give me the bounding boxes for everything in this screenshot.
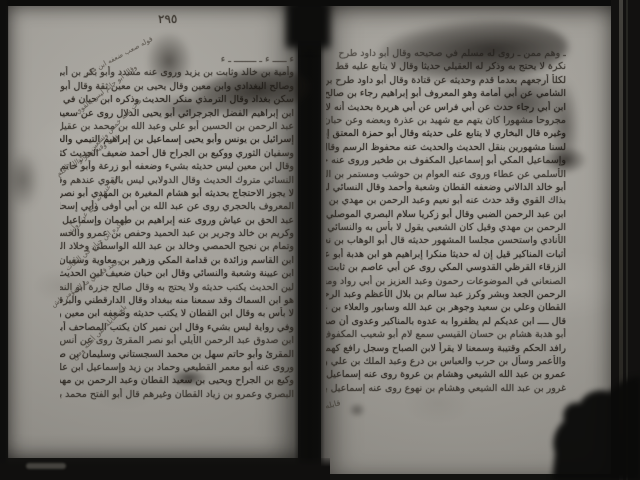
text-line: وإسماعيل المكي أبو إسماعيل المكفوف بن طخ… (326, 154, 566, 167)
text-line: ابن القاسم وزائدة بن قدامة المكي وزهير ب… (60, 254, 294, 267)
text-line: عمرو بن عبد الله الشيعي وهشام بن عروة رو… (326, 368, 566, 381)
text-line: لين الحديث يكتب حديثه ولا يحتج به وقال ص… (60, 281, 294, 294)
photo-edge-bottom (0, 458, 330, 480)
text-line: ابن أبي رجاء حدث عن أبي فراس عن أبي هرير… (326, 101, 566, 114)
right-page: ـ وهم ممن ـ روى له مسلم في صحيحه وقال أب… (321, 3, 614, 474)
photo-edge-top (0, 0, 640, 6)
page-edge-line (626, 0, 628, 480)
text-line: ابن عبد الرحمن الضبي وقال أبو زكريا سلام… (326, 208, 566, 221)
text-line: وغيره قال البخاري لا يتابع على حديثه وقا… (326, 127, 566, 140)
text-line: بذاك القوي وقد حدث عنه أبو نعيم وعبد الر… (326, 194, 566, 207)
text-line: البصري وعمرو بن زياد القطان وغيرهم قال أ… (60, 388, 294, 401)
text-line: وروى عنه أبو معمر القطيعي وحماد بن زيد و… (60, 361, 294, 374)
text-line: قال ــــ ابن عديكم لم يظفروا به عدوه بال… (326, 315, 566, 328)
text-line: القطان وعلي بن سعيد وجوهر بن عبد الله وس… (326, 301, 566, 314)
page-edge-highlight (619, 0, 623, 480)
text-line: عبد الحق بن عياش وروى عنه إبراهيم بن طهم… (60, 214, 294, 227)
gutter-top-shadow (286, 0, 330, 48)
text-line: أثبات المناكير قيل إن له حديثا منكرا إبر… (326, 248, 566, 261)
text-line: لكلأ أرجعهم بعدما قدم وحديثه عن قتادة وق… (326, 74, 566, 87)
text-line: وكيع بن الجراح ويحيى بن سعيد القطان وعبد… (60, 374, 294, 387)
text-line: والأعمر وسأل بن حرب والعباس بن درع وعبد … (326, 355, 566, 368)
text-line: الشامي عن أبي أمامة وهو المعروف أبو إبرا… (326, 87, 566, 100)
text-line: الزرقاء القرظي القدوسي المكي روى عن أبي … (326, 261, 566, 274)
text-line: الرحمن الجعد وبشر وكرز عبد سالم بن بلال … (326, 288, 566, 301)
gutter-shadow (294, 0, 325, 480)
text-line: أبو هدبة هشام بن حسان القيسي سمع لام أبو… (326, 328, 566, 341)
text-line: لا بأس به وقال ابن القطان لا يكتب حديثه … (60, 307, 294, 320)
text-line: رافد الحكم وقتيبة وسمعنا لا يقرأ لابن ال… (326, 342, 566, 355)
photo-edge-left (0, 0, 9, 480)
text-line: الأسلمي عن عطاء وروى عنه العوام بن حوشب … (326, 168, 566, 181)
text-line: المقرئ وأبو حاتم سهل بن محمد السجستاني و… (60, 348, 294, 361)
text-line: وقال ابن معين ليس حديثه بشيء وضعفه أبو ز… (60, 160, 294, 173)
text-line: الأنادي واستحسن مجلسا المشهور حديثه قال … (326, 234, 566, 247)
text-line: أبو خالد الدالاني وضعفه القطان وشعبة وأح… (326, 181, 566, 194)
text-line: النسائي متروك الحديث وقال الدولابي ليس ب… (60, 174, 294, 187)
text-line: الرحمن بن مهدي وقيل كان الشعبي يقول لا ب… (326, 221, 566, 234)
text-line: لسنا مشهورين بنقل الحديث والحديث عنه محف… (326, 141, 566, 154)
text-line: ـ وهم ممن ـ روى له مسلم في صحيحه وقال أب… (326, 47, 566, 60)
text-line: الصنعاني في الموضوعات رحمون وعبد العزيز … (326, 275, 566, 288)
right-text-column: ـ وهم ممن ـ روى له مسلم في صحيحه وقال أب… (326, 47, 566, 395)
left-text-column: ء ـــــ ء ـ ــــــــ ـ ءوأمية بن خالد وث… (60, 53, 294, 401)
text-line: وصالح البغدادي وابن معين وقال يحيى بن مع… (60, 80, 294, 93)
text-line: ابن إبراهيم الفضل الجرجرائي أبو يحيى الد… (60, 107, 294, 120)
text-line: نكرة لا يحتج به وذكر له العقيلي حديثا وق… (326, 60, 566, 73)
text-line: مجروحا مشهورا كان يتهم مع شهيد بن عذرة و… (326, 114, 566, 127)
folio-number: ٢٩٥ (158, 12, 177, 26)
bottom-light-streak (26, 463, 66, 469)
manuscript-photo: ٢٩٥ ء ـــــ ء ـ ــــــــ ـ ءوأمية بن خال… (0, 0, 640, 480)
text-line: هو ابن السماك وقد سمعنا منه ببغداد وقال … (60, 294, 294, 307)
left-page: ٢٩٥ ء ـــــ ء ـ ــــــــ ـ ءوأمية بن خال… (8, 5, 298, 458)
text-line: عبد الرحمن بن الحسين أبو علي وعبد الله ب… (60, 120, 294, 133)
text-line: غرور بن عبد الله الشيعي وهشام بن نهوع رو… (326, 382, 566, 395)
